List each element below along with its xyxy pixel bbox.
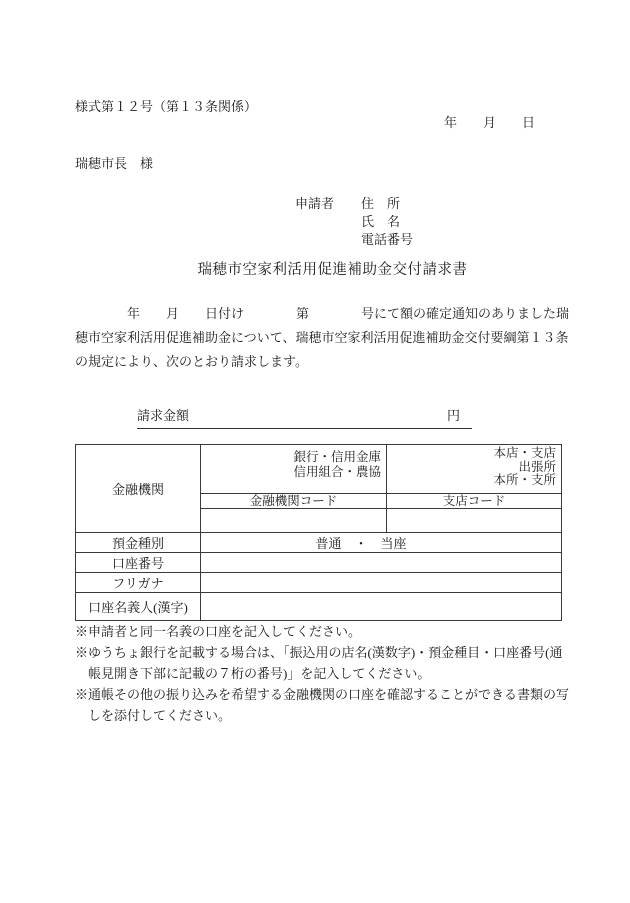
body-line-1: 年 月 日付け 第 号にて額の確定通知のありました瑞	[75, 302, 575, 326]
applicant-name-label: 氏 名	[361, 213, 413, 231]
applicant-phone-label: 電話番号	[361, 231, 413, 249]
branch-type-line-3: 本所・支所	[387, 474, 556, 488]
body-line-3: の規定により、次のとおり請求します。	[75, 350, 575, 374]
deposit-type-label-cell: 預金種別	[76, 533, 201, 553]
branch-code-value-cell	[387, 509, 562, 533]
bank-account-table: 金融機関 銀行・信用金庫 信用組合・農協 本店・支店 出張所 本所・支所 金融機…	[75, 444, 562, 621]
account-holder-label-cell: 口座名義人(漢字)	[76, 593, 201, 621]
document-page: 様式第１２号（第１３条関係） 年 月 日 瑞穂市長 様 申請者 住 所 氏 名 …	[0, 0, 630, 903]
institution-type-line-1: 銀行・信用金庫	[201, 450, 381, 465]
branch-type-line-2: 出張所	[387, 461, 556, 475]
account-number-label-cell: 口座番号	[76, 553, 201, 573]
note-line-1: ※申請者と同一名義の口座を記入してください。	[75, 621, 575, 642]
deposit-type-value-cell: 普通 ・ 当座	[201, 533, 562, 553]
body-line-2: 穂市空家利活用促進補助金について、瑞穂市空家利活用促進補助金交付要綱第１３条	[75, 326, 575, 350]
form-number: 様式第１２号（第１３条関係）	[75, 96, 257, 115]
applicant-address-label: 住 所	[361, 195, 413, 213]
note-line-2: ※ゆうちょ銀行を記載する場合は、「振込用の店名(漢数字)・預金種目・口座番号(通	[75, 642, 575, 663]
notes-block: ※申請者と同一名義の口座を記入してください。 ※ゆうちょ銀行を記載する場合は、「…	[75, 621, 575, 726]
institution-code-value-cell	[201, 509, 387, 533]
claim-amount-unit: 円	[447, 405, 460, 424]
note-line-5: しを添付してください。	[75, 705, 575, 726]
addressee: 瑞穂市長 様	[75, 153, 153, 172]
institution-label-cell: 金融機関	[76, 445, 201, 533]
branch-type-line-1: 本店・支店	[387, 447, 556, 461]
claim-amount-label: 請求金額	[137, 405, 189, 424]
institution-type-cell: 銀行・信用金庫 信用組合・農協	[201, 445, 387, 494]
note-line-3: 帳見開き下部に記載の７桁の番号)」を記入してください。	[75, 663, 575, 684]
furigana-value-cell	[201, 573, 562, 593]
account-number-value-cell	[201, 553, 562, 573]
applicant-label: 申請者	[295, 195, 334, 249]
body-paragraph: 年 月 日付け 第 号にて額の確定通知のありました瑞 穂市空家利活用促進補助金に…	[75, 302, 575, 374]
applicant-block: 申請者 住 所 氏 名 電話番号	[295, 195, 413, 249]
note-line-4: ※通帳その他の振り込みを希望する金融機関の口座を確認することができる書類の写	[75, 684, 575, 705]
bank-account-grid: 金融機関 銀行・信用金庫 信用組合・農協 本店・支店 出張所 本所・支所 金融機…	[75, 444, 562, 621]
date-line: 年 月 日	[444, 112, 535, 131]
claim-amount-line: 請求金額 円	[137, 405, 472, 429]
furigana-label-cell: フリガナ	[76, 573, 201, 593]
institution-type-line-2: 信用組合・農協	[201, 465, 381, 480]
applicant-fields: 住 所 氏 名 電話番号	[361, 195, 413, 249]
document-title: 瑞穂市空家利活用促進補助金交付請求書	[0, 258, 630, 279]
account-holder-value-cell	[201, 593, 562, 621]
branch-type-cell: 本店・支店 出張所 本所・支所	[387, 445, 562, 494]
branch-code-label-cell: 支店コード	[387, 494, 562, 509]
institution-code-label-cell: 金融機関コード	[201, 494, 387, 509]
